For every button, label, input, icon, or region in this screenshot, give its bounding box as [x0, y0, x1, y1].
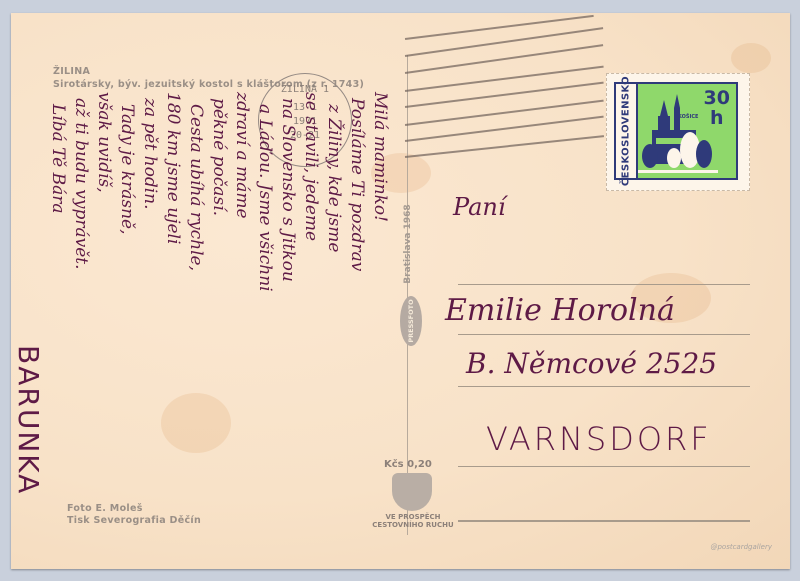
message-line: pěkné počasí.: [209, 98, 229, 216]
message-line: až ti budu vyprávět.: [71, 98, 91, 270]
address-line: [458, 284, 750, 285]
stamp-country: ČESKOSLOVENSKO: [621, 76, 632, 186]
pressfoto-logo-icon: PRESSFOTO: [400, 296, 422, 346]
message-line: Posíláme Ti pozdrav: [347, 98, 367, 271]
message-line: Tady je krásně,: [117, 104, 137, 234]
side-signature: BARUNKA: [12, 345, 45, 495]
stamp-country-band: ČESKOSLOVENSKO: [616, 84, 638, 178]
message-line: Milá maminko!: [370, 92, 390, 222]
address-line: [458, 466, 750, 467]
watermark: @postcardgallery: [710, 543, 772, 551]
address-street: B. Němcové 2525: [466, 347, 717, 380]
message-line: na Slovensko s Jitkou: [278, 98, 298, 282]
message-line: z Žiliny, kde jsme: [324, 104, 344, 252]
message-line: 180 km jsme ujeli: [163, 92, 183, 244]
castle-trees-icon: [638, 94, 718, 174]
message-line: se stavili, jedeme: [301, 92, 321, 241]
age-stain: [161, 393, 231, 453]
publisher-text: Bratislava 1968: [398, 198, 418, 290]
address-line: [458, 334, 750, 335]
stamp-design: ČESKOSLOVENSKO 30 h KOŠICE: [614, 82, 738, 180]
publisher-logo-label: PRESSFOTO: [407, 299, 415, 342]
printed-postage-imprint: Kčs 0,20 VE PROSPĚCH CESTOVNÍHO RUCHU: [372, 453, 452, 533]
message-line: Líbá Tě Bára: [48, 104, 68, 214]
publisher-label: Bratislava 1968: [403, 204, 413, 283]
address-line: [458, 386, 750, 387]
message-line: a Láďou. Jsme všichni: [255, 104, 275, 292]
imprint-motto: VE PROSPĚCH CESTOVNÍHO RUCHU: [370, 513, 456, 529]
caption-title: ŽILINA: [53, 66, 90, 77]
message-line: však uvidíš,: [94, 92, 114, 193]
message-line: za pět hodin.: [140, 98, 160, 210]
address-line: [458, 520, 750, 522]
message-line: Cesta ubíhá rychle,: [186, 104, 206, 271]
castle-shield-icon: [392, 473, 432, 511]
address-salutation: Paní: [453, 193, 506, 221]
postage-stamp: ČESKOSLOVENSKO 30 h KOŠICE: [606, 73, 750, 191]
photo-credit: Foto E. Moleš: [67, 503, 143, 514]
address-name: Emilie Horolná: [445, 293, 675, 328]
address-city: VARNSDORF: [486, 420, 712, 458]
age-stain: [731, 43, 771, 73]
printer-credit: Tisk Severografia Děčín: [67, 515, 201, 526]
message-line: zdraví a máme: [232, 92, 252, 219]
imprint-price: Kčs 0,20: [384, 459, 432, 470]
